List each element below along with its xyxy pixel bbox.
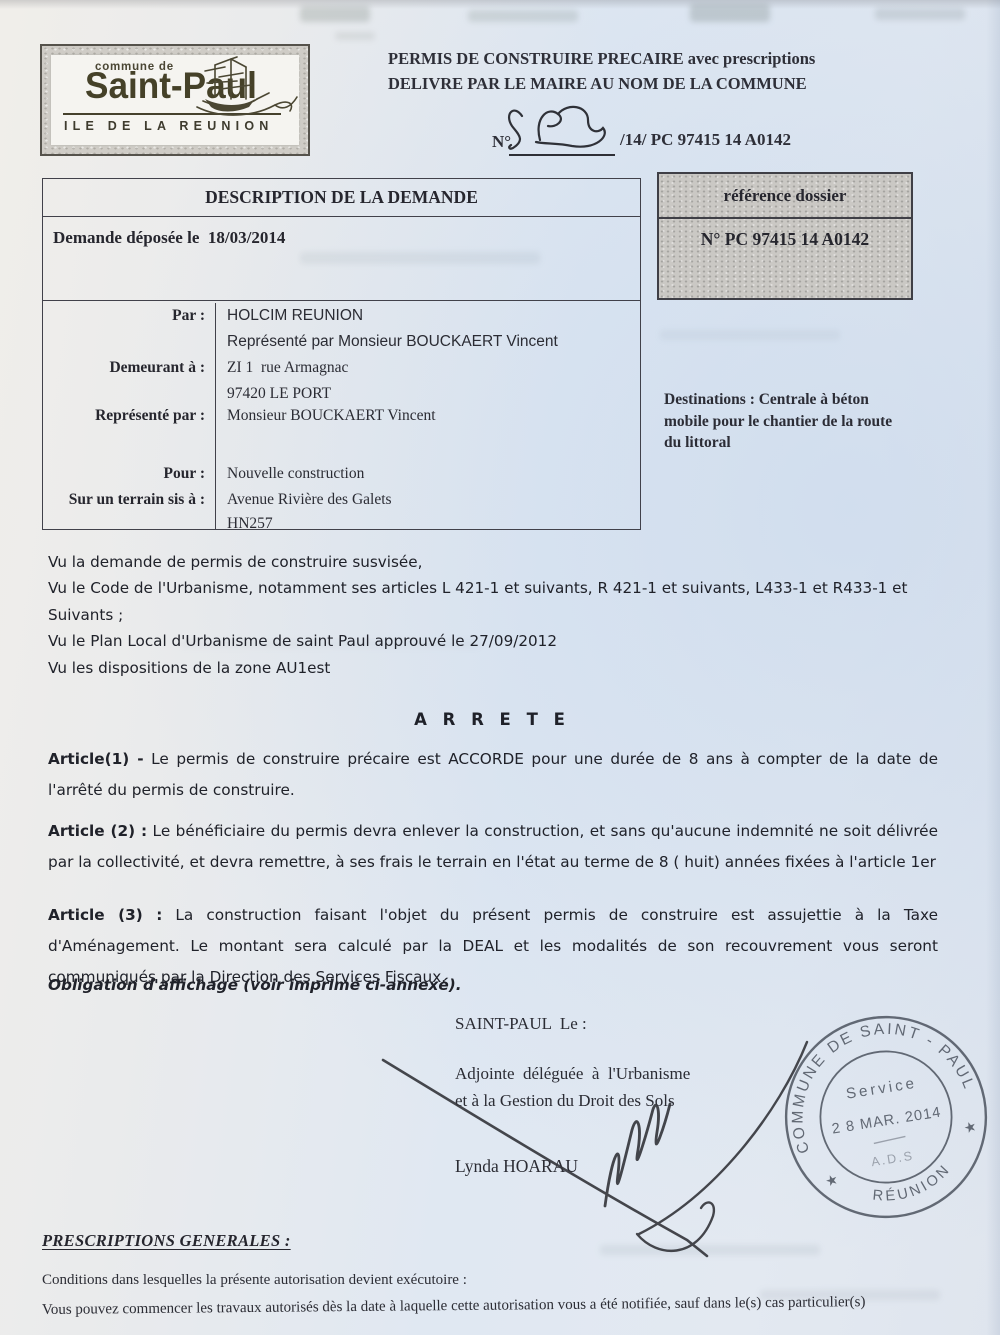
value-terrain-2: HN257 [227,515,631,533]
star-icon: ★ [961,1117,979,1136]
scan-top-shadow [0,0,1000,9]
article-3-label: Article (3) : [48,906,162,924]
conditions-line: Conditions dans lesquelles la présente a… [42,1272,467,1289]
stamp-divider-line [874,1136,906,1143]
considerations-block: Vu la demande de permis de construire su… [48,549,907,681]
description-box-title: DESCRIPTION DE LA DEMANDE [43,179,640,217]
star-icon: ★ [823,1170,841,1189]
bleedthrough-smudge [300,6,370,22]
article-3-text: La construction faisant l'objet du prése… [48,906,938,986]
destinations-line2: mobile pour le chantier de la route [664,411,940,433]
logo-subtitle: ILE DE LA REUNION [64,119,273,133]
bleedthrough-smudge [875,8,965,20]
permit-number-suffix: /14/ PC 97415 14 A0142 [620,130,791,150]
consideration-line: Vu le Plan Local d'Urbanisme de saint Pa… [48,628,907,654]
destinations-note: Destinations : Centrale à béton mobile p… [664,389,940,454]
reference-number: N° PC 97415 14 A0142 [659,229,911,250]
value-par-2: Représenté par Monsieur BOUCKAERT Vincen… [227,333,631,351]
obligation-line: Obligation d'affichage (voir imprimé ci-… [48,976,462,994]
article-2-label: Article (2) : [48,822,147,840]
destinations-line3: du littoral [664,432,940,454]
arrete-heading: A R R E T E [48,710,936,729]
handwritten-permit-number [500,102,625,158]
reference-box-title: référence dossier [659,174,911,219]
stamp-inner-content: Service 2 8 MAR. 2014 A.D.S [826,1072,949,1175]
notice-line: Vous pouvez commencer les travaux autori… [42,1293,1000,1319]
stamp-date: 2 8 MAR. 2014 [831,1104,943,1137]
document-title-line2: DELIVRE PAR LE MAIRE AU NOM DE LA COMMUN… [388,71,928,96]
prescriptions-heading: PRESCRIPTIONS GENERALES : [42,1231,291,1251]
label-par: Par : [43,307,205,325]
value-demeurant-1: ZI 1 rue Armagnac [227,359,631,377]
label-demeurant: Demeurant à : [43,359,205,377]
article-1-text: Le permis de construire précaire est ACC… [48,750,938,799]
bleedthrough-smudge [660,330,840,340]
document-title: PERMIS DE CONSTRUIRE PRECAIRE avec presc… [388,46,928,96]
document-title-line1: PERMIS DE CONSTRUIRE PRECAIRE avec presc… [388,46,928,71]
label-terrain: Sur un terrain sis à : [43,491,205,509]
article-2: Article (2) : Le bénéficiaire du permis … [48,816,938,878]
ship-icon [191,55,301,121]
label-represente: Représenté par : [43,407,205,425]
reference-box: référence dossier N° PC 97415 14 A0142 [657,172,913,300]
value-par-1: HOLCIM REUNION [227,307,631,325]
bleedthrough-smudge [468,10,578,22]
consideration-line: Suivants ; [48,602,907,628]
commune-logo-label: commune de Saint-Paul ILE DE LA REUNION [51,55,299,145]
deposit-date-line: Demande déposée le 18/03/2014 [43,218,640,301]
value-demeurant-2: 97420 LE PORT [227,385,631,403]
bleedthrough-smudge [690,4,770,22]
stamp-service-text: Service [845,1075,918,1103]
value-terrain-1: Avenue Rivière des Galets [227,491,631,509]
description-box: DESCRIPTION DE LA DEMANDE Demande déposé… [42,178,641,530]
scanned-permit-document: commune de Saint-Paul ILE DE LA REUNION [0,0,1000,1335]
destinations-line1: Destinations : Centrale à béton [664,389,940,411]
consideration-line: Vu le Code de l'Urbanisme, notamment ses… [48,575,907,601]
consideration-line: Vu la demande de permis de construire su… [48,549,907,575]
article-1-label: Article(1) - [48,750,144,768]
consideration-line: Vu les dispositions de la zone AU1est [48,655,907,681]
article-1: Article(1) - Le permis de construire pré… [48,744,938,806]
value-represente-1: Monsieur BOUCKAERT Vincent [227,407,631,425]
bleedthrough-smudge [335,32,375,40]
value-pour-1: Nouvelle construction [227,465,631,483]
label-pour: Pour : [43,465,205,483]
stamp-ads-text: A.D.S [870,1149,915,1170]
article-2-text: Le bénéficiaire du permis devra enlever … [48,822,938,871]
commune-logo: commune de Saint-Paul ILE DE LA REUNION [40,44,310,156]
description-box-divider [215,303,216,530]
